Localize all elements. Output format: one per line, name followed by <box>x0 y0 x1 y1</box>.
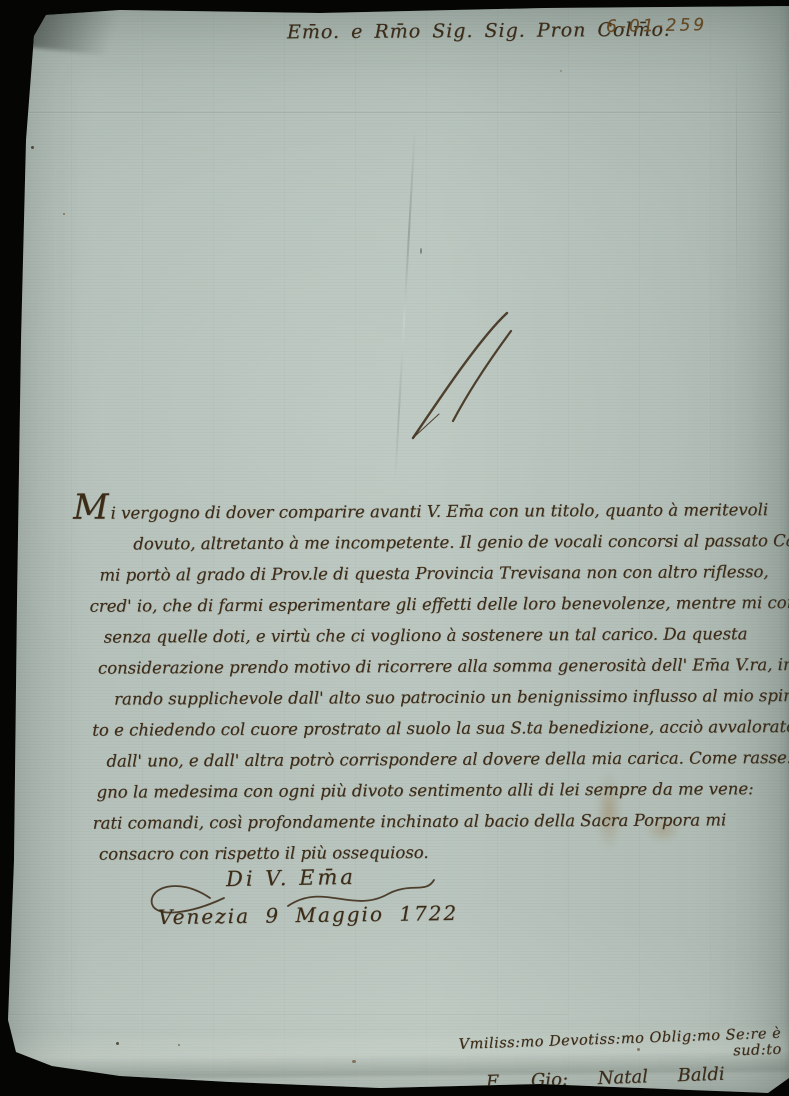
letter-line: rando supplichevole dall' alto suo patro… <box>114 680 743 714</box>
signature-line: Vmiliss:mo Devotiss:mo Oblig:mo Se:re è … <box>417 1026 782 1071</box>
letter-line: Mi vergogno di dover comparire avanti V.… <box>73 494 742 529</box>
foxing-spot <box>63 213 65 215</box>
letter-line: dovuto, altretanto à me incompetente. Il… <box>133 525 742 559</box>
crease-line <box>8 1014 568 1016</box>
scanned-letter-canvas: Em̄o. e Rm̄o Sig. Sig. Pron Colm̄o. 6-01… <box>0 0 789 1096</box>
letter-line: to e chiedendo col cuore prostrato al su… <box>92 711 743 745</box>
pen-stroke-mark <box>395 303 520 443</box>
crease-line <box>12 112 782 114</box>
foxing-spot <box>31 146 34 149</box>
foxing-spot <box>352 1060 356 1063</box>
archival-number: 6-01-259 <box>606 15 708 37</box>
letter-line: considerazione prendo motivo di ricorrer… <box>98 649 743 683</box>
letter-page: Em̄o. e Rm̄o Sig. Sig. Pron Colm̄o. 6-01… <box>0 0 789 1096</box>
foxing-spot <box>178 1044 180 1046</box>
crease-line <box>736 40 737 300</box>
letter-line: consacro con rispetto il più ossequioso. <box>99 835 744 869</box>
letter-line: gno la medesima con ogni più divoto sent… <box>96 773 743 807</box>
signature-block: Vmiliss:mo Devotiss:mo Oblig:mo Se:re è … <box>417 1026 783 1096</box>
corner-fold-shadow <box>12 2 176 62</box>
valediction: Di V. Em̄a <box>226 865 356 891</box>
letter-line: cred' io, che di farmi esperimentare gli… <box>90 587 743 621</box>
signature-line: F. Gio: Natal Baldi <box>418 1062 783 1096</box>
ink-stain <box>646 818 680 842</box>
letter-line: mi portò al grado di Prov.le di questa P… <box>99 556 742 590</box>
foxing-spot <box>116 1042 119 1045</box>
pen-flourish <box>138 868 438 923</box>
foxing-spot <box>420 248 422 254</box>
letter-line: rati comandi, così profondamente inchina… <box>93 804 744 838</box>
salutation: Em̄o. e Rm̄o Sig. Sig. Pron Colm̄o. <box>287 19 671 44</box>
ink-stain <box>596 772 622 850</box>
crease-line <box>394 128 416 480</box>
bottom-fold-highlight <box>0 1024 789 1080</box>
letter-line: senza quelle doti, e virtù che ci voglio… <box>104 618 743 652</box>
foxing-spot <box>560 70 562 72</box>
foxing-spot <box>637 1048 640 1051</box>
letter-line: dall' uno, e dall' altra potrò corrispon… <box>106 742 743 776</box>
place-date-line: Venezia 9 Maggio 1722 <box>158 901 458 929</box>
letter-body: Mi vergogno di dover comparire avanti V.… <box>87 494 744 869</box>
